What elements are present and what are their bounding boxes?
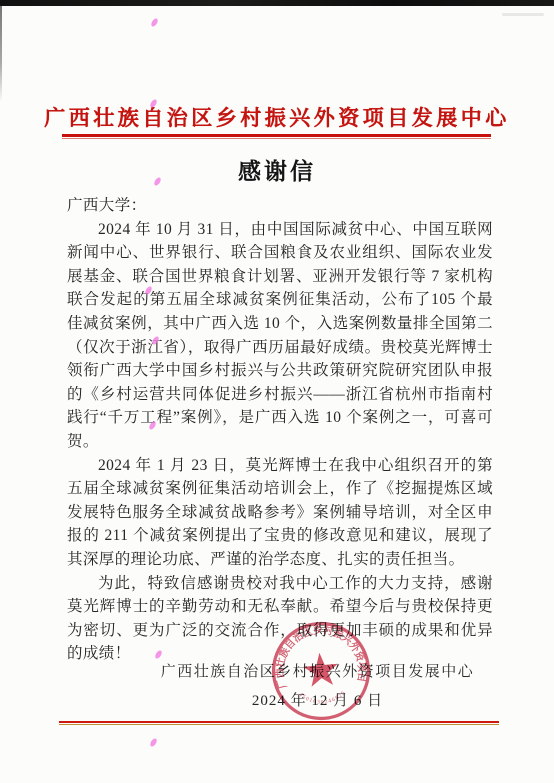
svg-text:4501030246826: 4501030246826 [297,688,348,708]
letterhead-rule [62,134,491,138]
scan-speck [149,737,158,747]
letter-body: 广西大学： 2024 年 10 月 31 日，由中国国际减贫中心、中国互联网新闻… [67,194,493,666]
official-seal-stamp: 广西壮族自治区乡村振兴外资项目发展中心 4501030246826 [266,616,377,727]
paragraph-2: 2024 年 1 月 23 日，莫光辉博士在我中心组织召开的第五届全球减贫案例征… [67,454,493,572]
scanned-letter-page: 广西壮族自治区乡村振兴外资项目发展中心 感谢信 广西大学： 2024 年 10 … [0,0,554,783]
letterhead-title: 广西壮族自治区乡村振兴外资项目发展中心 [0,102,554,132]
scan-edge-left [0,6,2,102]
bottom-rule [59,721,499,725]
star-icon [302,651,340,687]
scan-smudge [502,13,544,16]
letter-title: 感谢信 [0,153,554,186]
scan-speck [150,17,159,27]
paragraph-1: 2024 年 10 月 31 日，由中国国际减贫中心、中国互联网新闻中心、世界银… [67,218,493,454]
scan-edge-top [0,0,554,6]
seal-serial-number: 4501030246826 [297,688,348,708]
salutation: 广西大学： [67,194,493,218]
